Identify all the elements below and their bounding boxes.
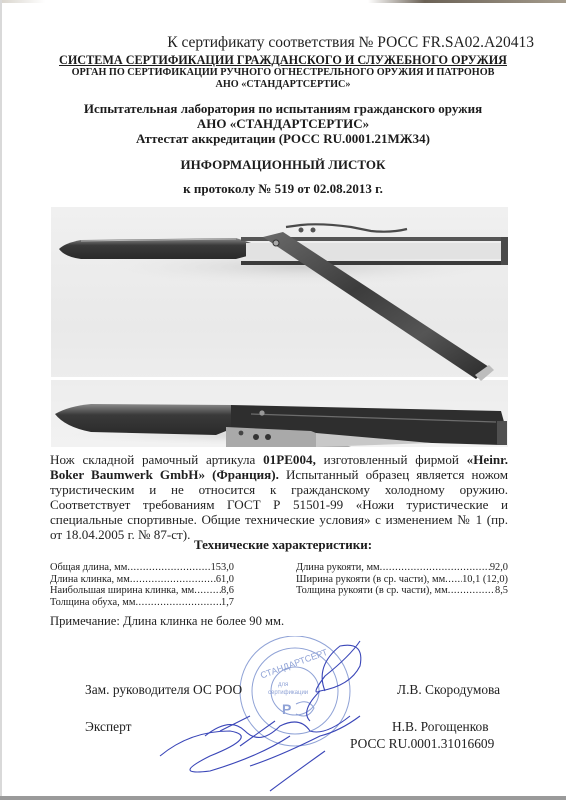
deputy-role: Зам. руководителя ОС РОО	[85, 682, 242, 698]
expert-registration: РОСС RU.0001.31016609	[350, 736, 494, 752]
spec-row: Общая длина, мм 153,0	[50, 562, 234, 574]
dot-leader	[127, 562, 210, 574]
spec-label: Толщина обуха, мм	[50, 597, 135, 609]
spec-value: 8,6	[221, 585, 234, 597]
svg-text:P: P	[282, 701, 291, 717]
knife-photo	[51, 207, 508, 447]
spec-row: Толщина обуха, мм 1,7	[50, 597, 234, 609]
specs-left-column: Общая длина, мм 153,0 Длина клинка, мм 6…	[50, 562, 234, 608]
spec-row: Длина клинка, мм 61,0	[50, 574, 234, 586]
svg-text:для: для	[278, 682, 288, 688]
spec-label: Длина клинка, мм	[50, 574, 130, 586]
spec-value: 153,0	[211, 562, 234, 574]
dot-leader	[130, 574, 216, 586]
organization-stamp: СТАНДАРТСЕРТ для сертификации P	[240, 636, 350, 746]
spec-row: Наибольшая ширина клинка, мм 8,6	[50, 585, 234, 597]
accreditation-certificate: Аттестат аккредитации (РОСС RU.0001.21МЖ…	[0, 131, 566, 147]
description-intro: Нож складной рамочный артикула	[50, 452, 263, 467]
article-number: 01PE004,	[263, 452, 316, 467]
spec-label: Наибольшая ширина клинка, мм	[50, 585, 194, 597]
spec-value: 1,7	[221, 597, 234, 609]
certificate-reference: К сертификату соответствия № РОСС FR.SA0…	[167, 34, 534, 52]
dot-leader	[380, 562, 490, 574]
organization-name: АНО «СТАНДАРТСЕРТИС»	[0, 79, 566, 90]
svg-text:сертификации: сертификации	[268, 690, 308, 696]
dot-leader	[135, 597, 221, 609]
expert-role: Эксперт	[85, 719, 131, 735]
spec-label: Длина рукояти, мм	[296, 562, 380, 574]
specs-right-column: Длина рукояти, мм 92,0 Ширина рукояти (в…	[296, 562, 508, 597]
spec-row: Длина рукояти, мм 92,0	[296, 562, 508, 574]
spec-label: Толщина рукояти (в ср. части), мм	[296, 585, 448, 597]
laboratory-organization: АНО «СТАНДАРТСЕРТИС»	[0, 116, 566, 132]
spec-row: Ширина рукояти (в ср. части), мм 10,1 (1…	[296, 574, 508, 586]
specs-title: Технические характеристики:	[0, 537, 566, 553]
scan-edge-bottom	[0, 796, 566, 800]
spec-label: Общая длина, мм	[50, 562, 127, 574]
product-description: Нож складной рамочный артикула 01PE004, …	[50, 452, 508, 542]
stamp-and-signatures: СТАНДАРТСЕРТ для сертификации P	[150, 636, 420, 796]
closed-knife-image	[55, 404, 507, 447]
scan-edge-top	[0, 0, 566, 3]
svg-text:СТАНДАРТСЕРТ: СТАНДАРТСЕРТ	[259, 647, 329, 681]
spec-value: 10,1 (12,0)	[462, 574, 508, 586]
dot-leader	[448, 585, 495, 597]
spec-row: Толщина рукояти (в ср. части), мм 8,5	[296, 585, 508, 597]
dot-leader	[194, 585, 221, 597]
spec-label: Ширина рукояти (в ср. части), мм	[296, 574, 445, 586]
dot-leader	[445, 574, 462, 586]
laboratory-name: Испытательная лаборатория по испытаниям …	[0, 101, 566, 117]
note: Примечание: Длина клинка не более 90 мм.	[50, 614, 284, 629]
expert-signature	[160, 716, 360, 791]
certification-system-title: СИСТЕМА СЕРТИФИКАЦИИ ГРАЖДАНСКОГО И СЛУЖ…	[0, 53, 566, 68]
spec-value: 92,0	[490, 562, 508, 574]
open-knife-image	[59, 224, 508, 381]
description-manufacturer-intro: изготовленный фирмой	[316, 452, 467, 467]
deputy-signature	[307, 641, 361, 721]
expert-name: Н.В. Рогощенков	[392, 719, 489, 735]
spec-value: 8,5	[495, 585, 508, 597]
protocol-reference: к протоколу № 519 от 02.08.2013 г.	[0, 181, 566, 197]
certification-organ-title: ОРГАН ПО СЕРТИФИКАЦИИ РУЧНОГО ОГНЕСТРЕЛЬ…	[0, 67, 566, 78]
deputy-name: Л.В. Скородумова	[397, 682, 500, 698]
spec-value: 61,0	[216, 574, 234, 586]
document-title: ИНФОРМАЦИОННЫЙ ЛИСТОК	[0, 157, 566, 173]
